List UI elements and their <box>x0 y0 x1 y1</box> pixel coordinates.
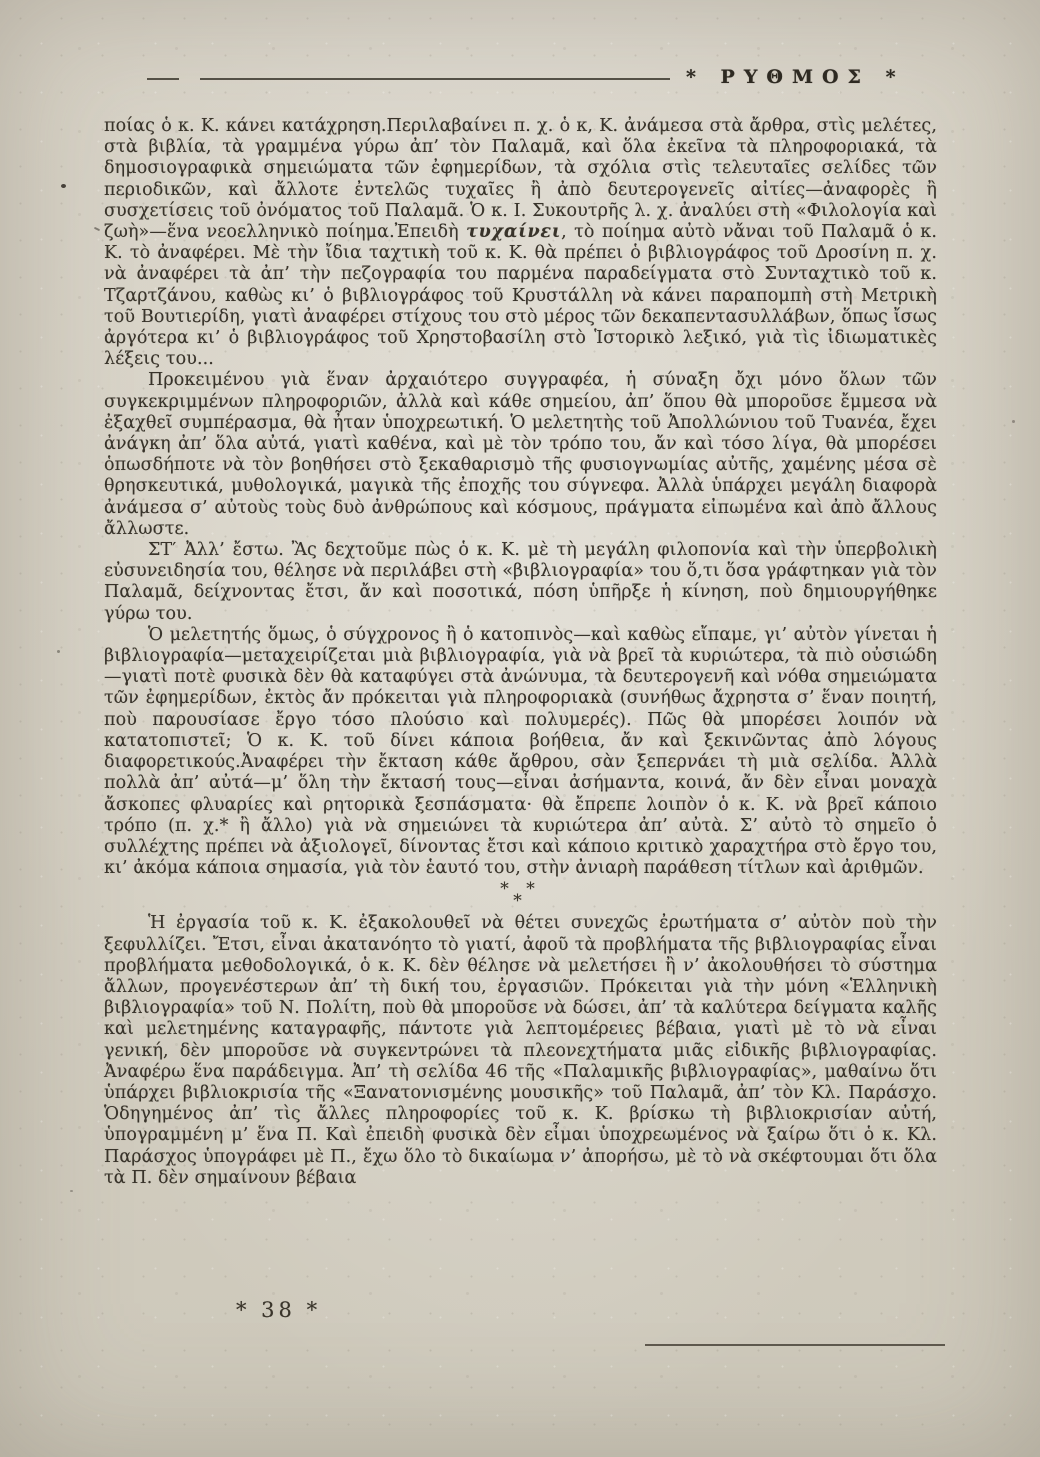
paragraph: Ἡ ἐργασία τοῦ κ. Κ. ἐξακολουθεῖ νὰ θέτει… <box>104 913 937 1189</box>
paper-speck <box>61 184 66 188</box>
asterism-separator: * * * <box>104 883 937 907</box>
footer-rule <box>645 1344 945 1346</box>
paper-speck <box>70 1190 73 1192</box>
paper-speck <box>57 650 60 653</box>
journal-title: * ΡΥΘΜΟΣ * <box>686 66 905 88</box>
masthead-rule-short <box>147 78 179 80</box>
scanned-journal-page: * ΡΥΘΜΟΣ * ποίας ὁ κ. Κ. κάνει κατάχρηση… <box>0 0 1040 1457</box>
paragraph: Προκειμένου γιὰ ἕναν ἀρχαιότερο συγγραφέ… <box>104 370 937 540</box>
asterism-bottom-row: * <box>104 895 937 907</box>
emphasized-word: τυχαίνει <box>466 222 561 242</box>
paper-speck <box>1012 420 1015 423</box>
paragraph-continuation: ποίας ὁ κ. Κ. κάνει κατάχρηση.Περιλαβαίν… <box>104 116 937 370</box>
page-number: * 38 * <box>236 1298 321 1322</box>
paragraph: Ὁ μελετητής ὅμως, ὁ σύγχρονος ἢ ὁ κατοπι… <box>104 625 937 879</box>
masthead-rule-long <box>200 78 670 80</box>
article-text-column: ποίας ὁ κ. Κ. κάνει κατάχρηση.Περιλαβαίν… <box>104 116 937 1189</box>
paragraph-text: , τὸ ποίημα αὐτὸ νἄναι τοῦ Παλαμᾶ ὁ κ. Κ… <box>104 222 937 369</box>
paragraph: ΣΤ′ Ἀλλ’ ἔστω. Ἂς δεχτοῦμε πὼς ὁ κ. Κ. μ… <box>104 540 937 625</box>
paper-speck <box>94 227 100 231</box>
